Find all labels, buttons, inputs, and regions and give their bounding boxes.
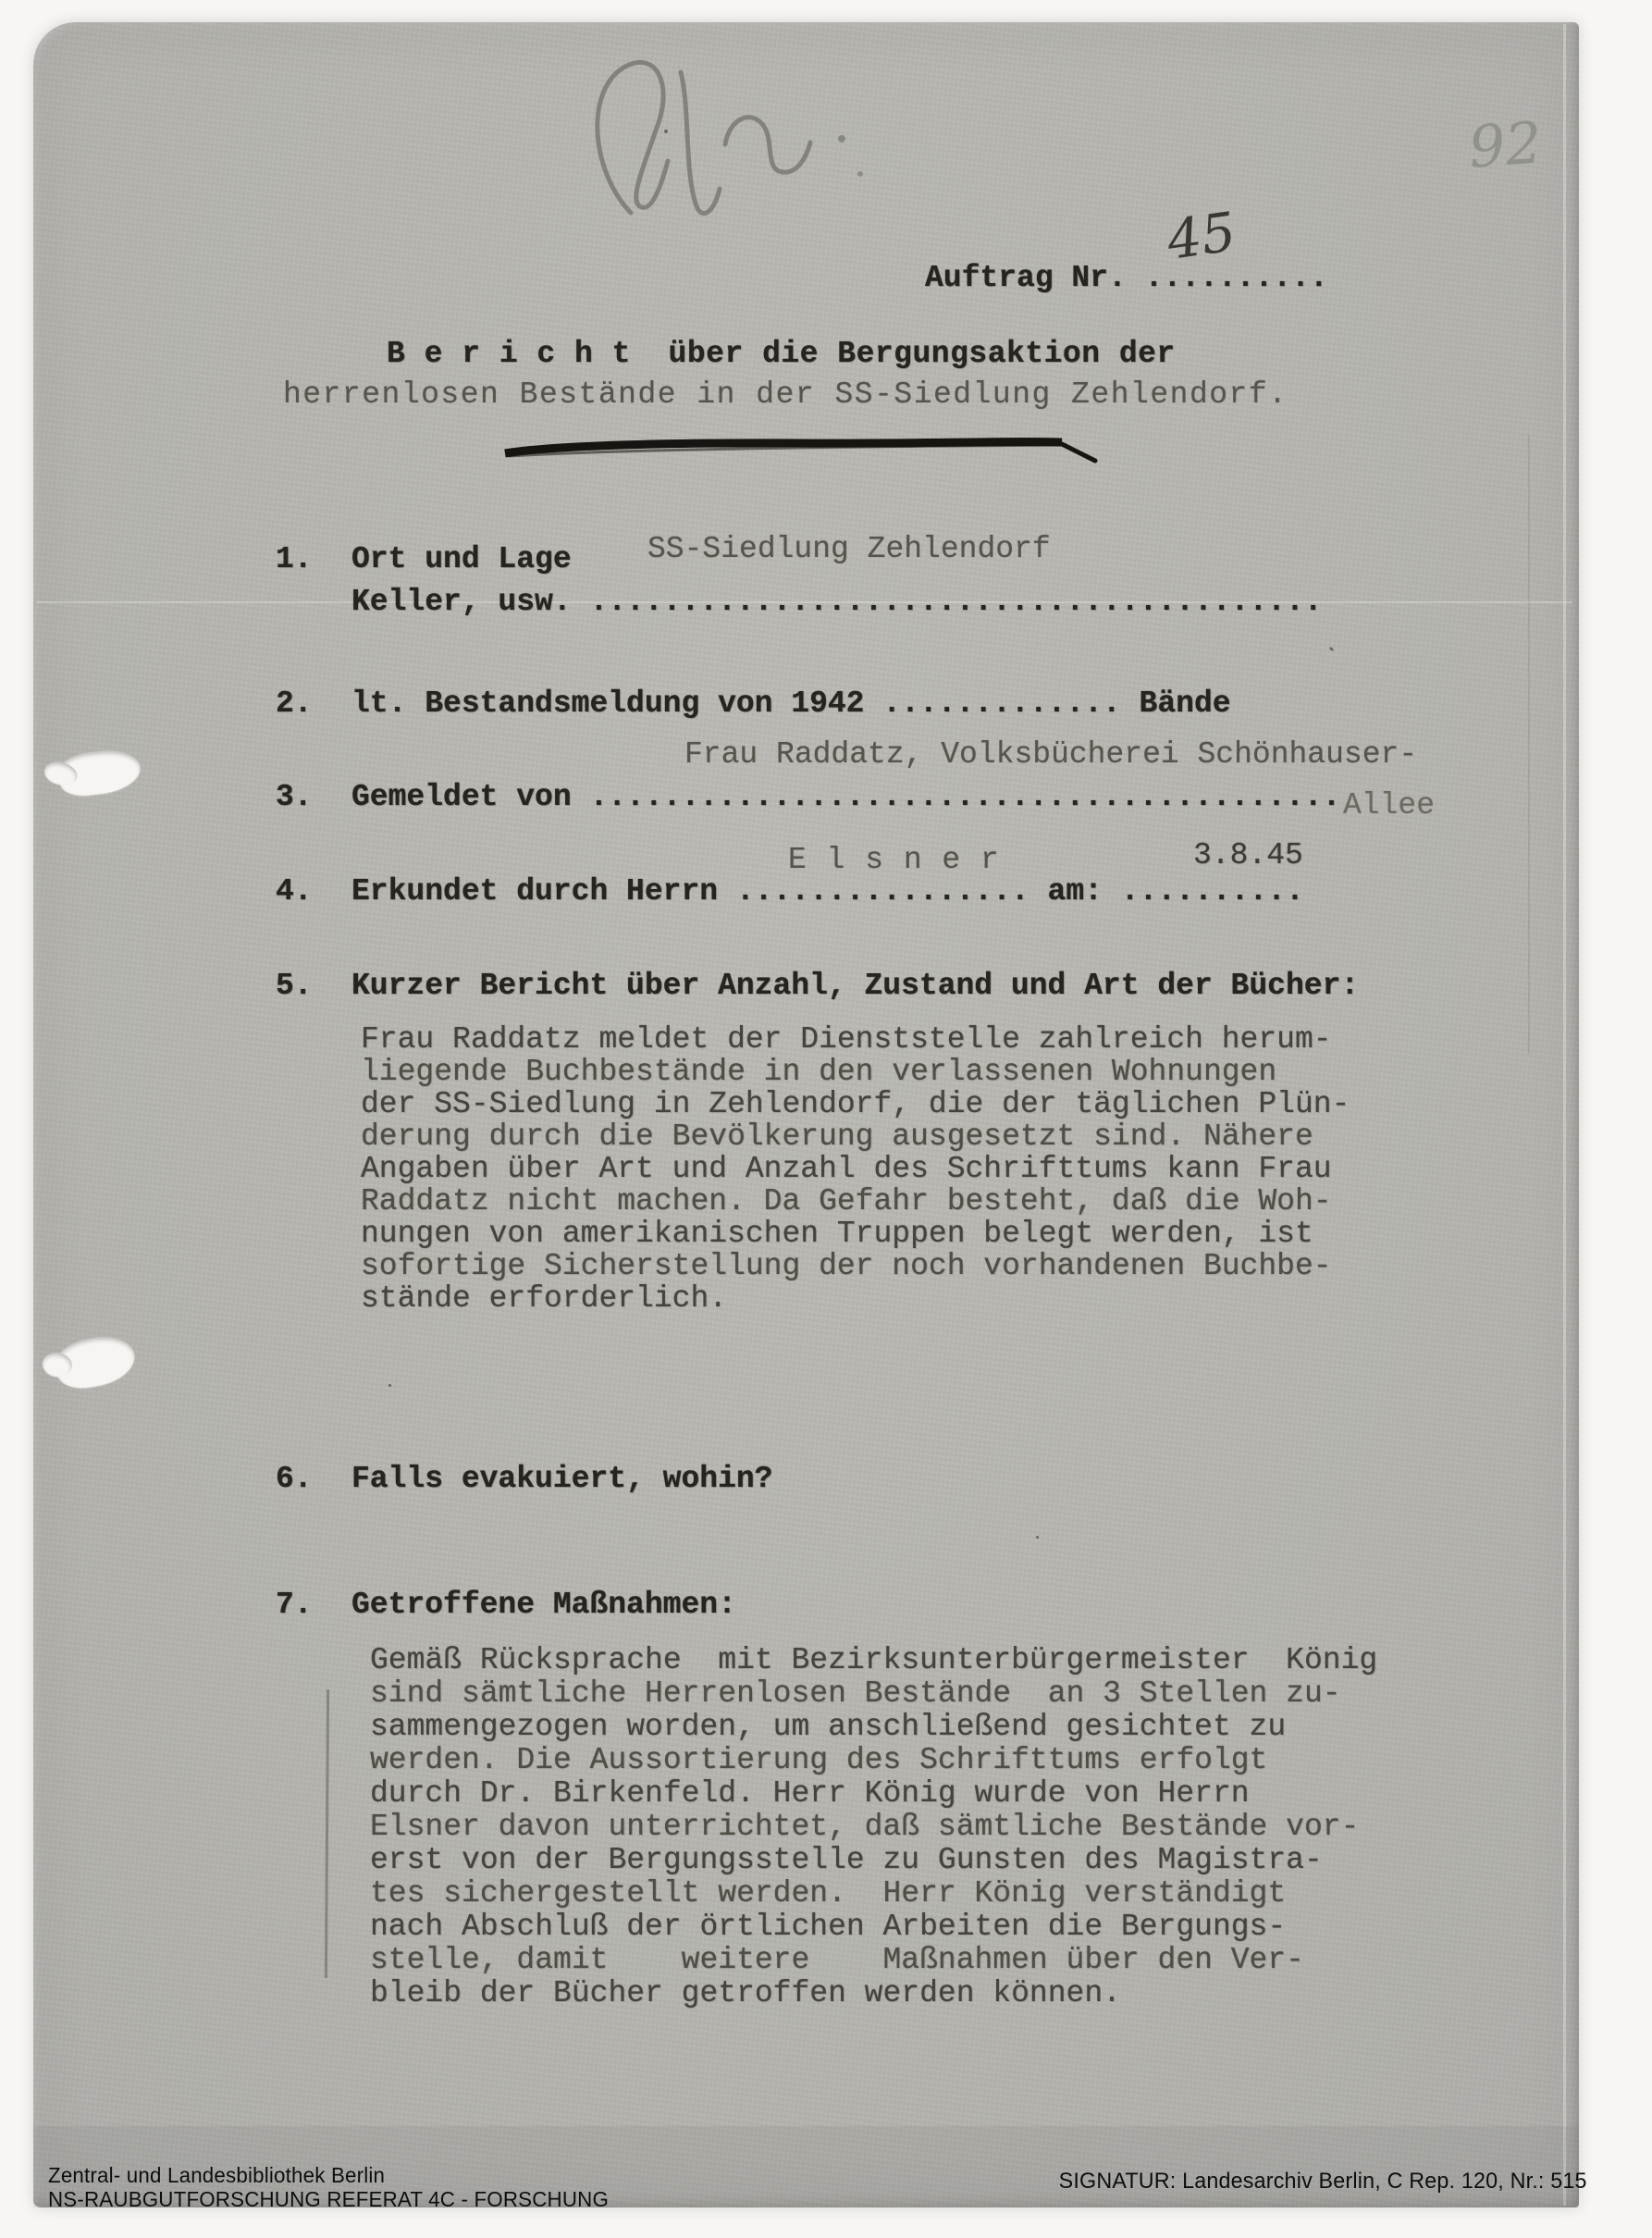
- item3-answer-tail: Allee: [1343, 790, 1435, 821]
- footer-signature: SIGNATUR: Landesarchiv Berlin, C Rep. 12…: [1059, 2169, 1587, 2195]
- item7-label: Getroffene Maßnahmen:: [351, 1589, 736, 1620]
- p7-line: bleib der Bücher getroffen werden können…: [370, 1978, 1121, 2009]
- item4-number: 4.: [276, 876, 313, 907]
- scanned-document-page: 92 Auftrag Nr. .......... 45 B e r i c h…: [0, 0, 1652, 2238]
- auftrag-number-label: Auftrag Nr. ..........: [925, 263, 1328, 293]
- document-title-line1: B e r i c h t über die Bergungsaktion de…: [387, 339, 1176, 369]
- p5-line: stände erforderlich.: [361, 1283, 727, 1314]
- item2-label: lt. Bestandsmeldung von 1942 ...........…: [351, 688, 1231, 719]
- p5-line: Raddatz nicht machen. Da Gefahr besteht,…: [361, 1186, 1332, 1217]
- item1-label-line2: Keller, usw. ...........................…: [351, 587, 1323, 617]
- p7-line: erst von der Bergungsstelle zu Gunsten d…: [370, 1845, 1323, 1875]
- handwritten-scribble: [553, 31, 951, 235]
- item1-label: Ort und Lage: [351, 544, 572, 575]
- item6-number: 6.: [276, 1464, 313, 1494]
- paper-speck: [1036, 1536, 1039, 1539]
- p7-line: stelle, damit weitere Maßnahmen über den…: [370, 1945, 1304, 1975]
- item5-number: 5.: [276, 971, 313, 1001]
- footer-department: NS-RAUBGUTFORSCHUNG REFERAT 4C - FORSCHU…: [48, 2187, 609, 2212]
- p5-line: nungen von amerikanischen Truppen belegt…: [361, 1218, 1313, 1249]
- p7-line: tes sichergestellt werden. Herr König ve…: [370, 1878, 1286, 1909]
- p7-line: durch Dr. Birkenfeld. Herr König wurde v…: [370, 1778, 1250, 1809]
- p5-line: der SS-Siedlung in Zehlendorf, die der t…: [361, 1089, 1350, 1119]
- title-underline: [496, 426, 1125, 470]
- p5-line: derung durch die Bevölkerung ausgesetzt …: [361, 1121, 1313, 1152]
- item4-label: Erkundet durch Herrn ................ am…: [351, 876, 1304, 907]
- item2-number: 2.: [276, 688, 313, 719]
- paper-speck: [388, 1384, 391, 1387]
- p5-line: Frau Raddatz meldet der Dienststelle zah…: [361, 1024, 1332, 1055]
- p7-line: nach Abschluß der örtlichen Arbeiten die…: [370, 1911, 1286, 1942]
- footer-library-name: Zentral- und Landesbibliothek Berlin: [48, 2163, 385, 2188]
- p7-line: Elsner davon unterrichtet, daß sämtliche…: [370, 1811, 1359, 1842]
- item7-number: 7.: [276, 1589, 313, 1620]
- item4-answer-date: 3.8.45: [1193, 840, 1303, 871]
- item4-answer-name: E l s n e r: [788, 845, 1000, 875]
- p5-line: liegende Buchbestände in den verlassenen…: [361, 1057, 1276, 1087]
- p7-line: sammengezogen worden, um anschließend ge…: [370, 1712, 1286, 1742]
- p5-line: sofortige Sicherstellung der noch vorhan…: [361, 1251, 1332, 1281]
- item3-number: 3.: [276, 782, 313, 812]
- item5-label: Kurzer Bericht über Anzahl, Zustand und …: [351, 971, 1359, 1001]
- item1-number: 1.: [276, 544, 313, 575]
- p7-line: sind sämtliche Herrenlosen Bestände an 3…: [370, 1678, 1341, 1709]
- p7-line: werden. Die Aussortierung des Schrifttum…: [370, 1745, 1267, 1775]
- item3-label: Gemeldet von ...........................…: [351, 782, 1340, 812]
- handwritten-auftrag-number: 45: [1164, 204, 1239, 267]
- item3-answer: Frau Raddatz, Volksbücherei Schönhauser-: [684, 739, 1417, 770]
- handwritten-page-number: 92: [1467, 114, 1544, 176]
- item1-answer: SS-Siedlung Zehlendorf: [647, 534, 1051, 564]
- p7-line: Gemäß Rücksprache mit Bezirksunterbürger…: [370, 1645, 1377, 1675]
- item6-label: Falls evakuiert, wohin?: [351, 1464, 772, 1494]
- fold-crease: [1563, 24, 1566, 2206]
- p5-line: Angaben über Art und Anzahl des Schriftt…: [361, 1154, 1332, 1184]
- document-title-line2: herrenlosen Bestände in der SS-Siedlung …: [283, 379, 1288, 410]
- fold-crease: [1528, 435, 1530, 1055]
